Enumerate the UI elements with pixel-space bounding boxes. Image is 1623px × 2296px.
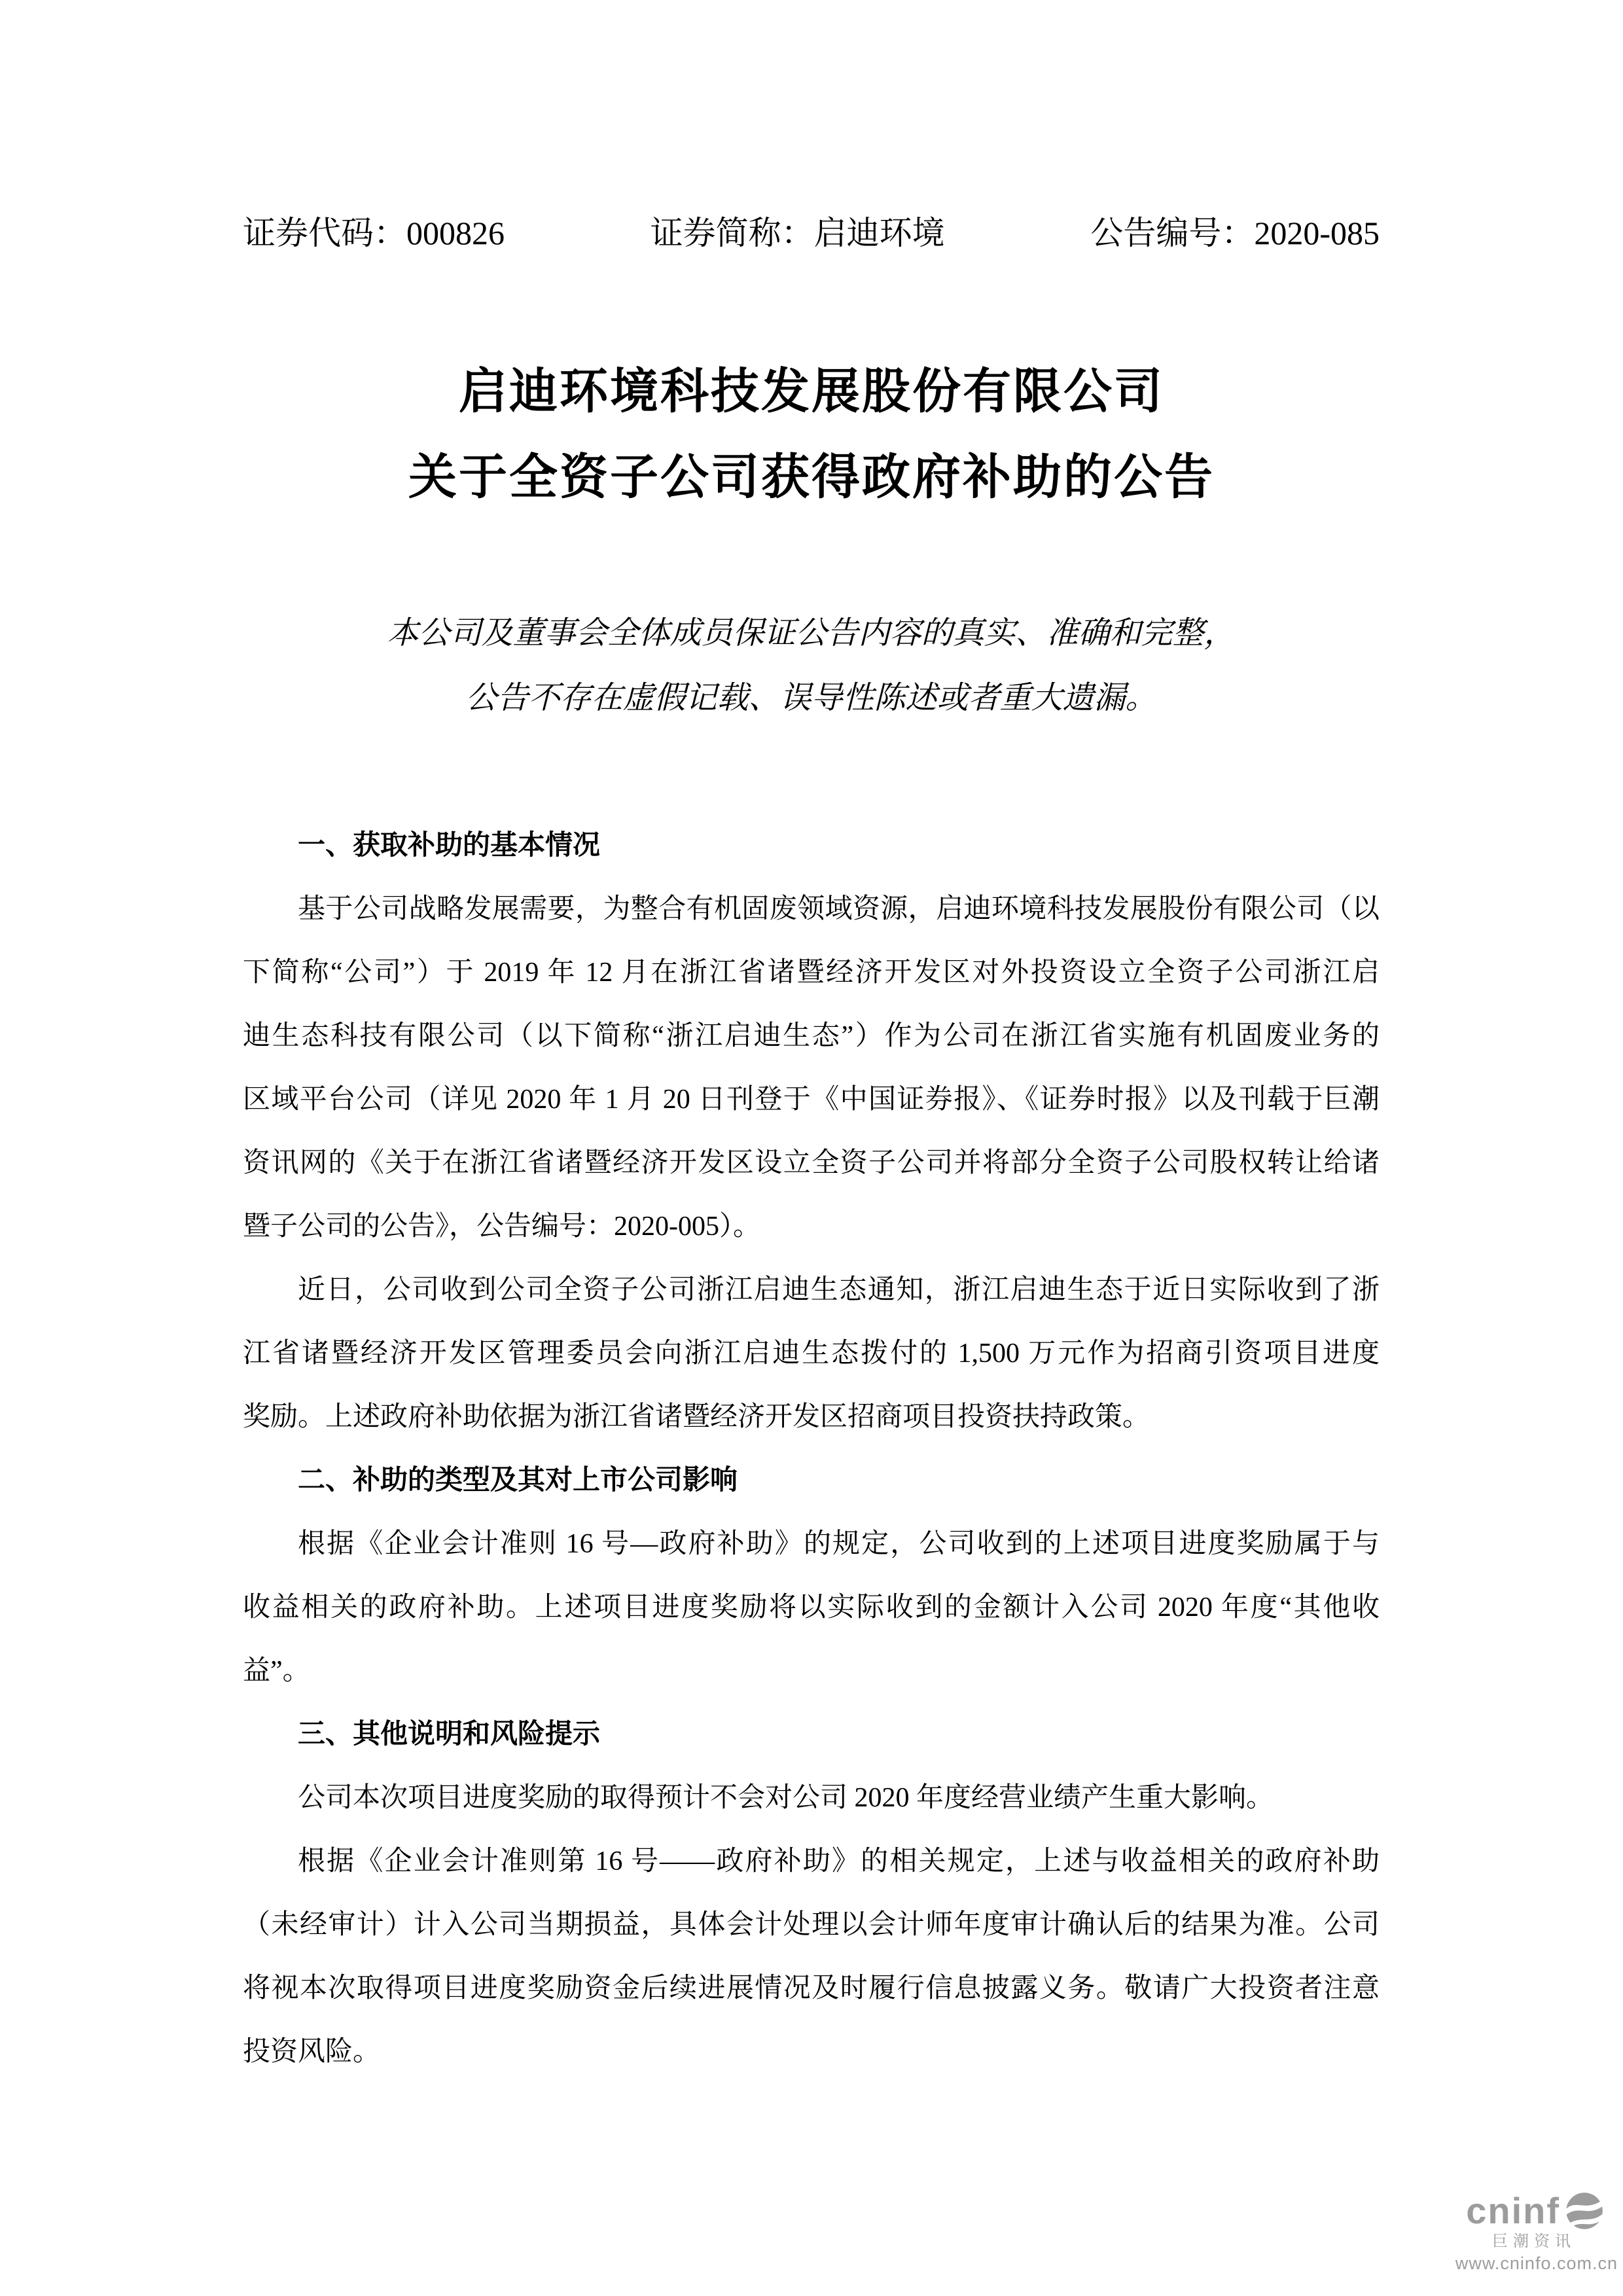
section-heading: 一、获取补助的基本情况 — [243, 814, 1380, 878]
cninfo-logo-icon — [1565, 2192, 1603, 2230]
cninfo-brand-text: cninf — [1466, 2193, 1560, 2229]
document-title: 启迪环境科技发展股份有限公司 关于全资子公司获得政府补助的公告 — [0, 348, 1623, 520]
cninfo-brand-cn: 巨潮资讯 — [1455, 2233, 1576, 2251]
cninfo-watermark: cninf 巨潮资讯 www.cninfo.com.cn — [1455, 2192, 1618, 2274]
title-line-company: 启迪环境科技发展股份有限公司 — [0, 348, 1623, 434]
paragraph-line: （未经审计）计入公司当期损益，具体会计处理以会计师年度审计确认后的结果为准。公司 — [243, 1893, 1380, 1957]
paragraph-line: 根据《企业会计准则 16 号—政府补助》的规定，公司收到的上述项目进度奖励属于与 — [243, 1513, 1380, 1576]
cninfo-url: www.cninfo.com.cn — [1455, 2253, 1618, 2274]
paragraph-line: 将视本次取得项目进度奖励资金后续进展情况及时履行信息披露义务。敬请广大投资者注意 — [243, 1957, 1380, 2020]
board-declaration: 本公司及董事会全体成员保证公告内容的真实、准确和完整， 公告不存在虚假记载、误导… — [243, 601, 1380, 730]
paragraph-line: 近日，公司收到公司全资子公司浙江启迪生态通知，浙江启迪生态于近日实际收到了浙 — [243, 1259, 1380, 1322]
section-heading: 三、其他说明和风险提示 — [243, 1703, 1380, 1767]
section-heading: 二、补助的类型及其对上市公司影响 — [243, 1449, 1380, 1513]
paragraph-line: 投资风险。 — [243, 2020, 1380, 2084]
paragraph-line: 江省诸暨经济开发区管理委员会向浙江启迪生态拨付的 1,500 万元作为招商引资项… — [243, 1322, 1380, 1386]
paragraph-line: 公司本次项目进度奖励的取得预计不会对公司 2020 年度经营业绩产生重大影响。 — [243, 1767, 1380, 1830]
paragraph-line: 基于公司战略发展需要，为整合有机固废领域资源，启迪环境科技发展股份有限公司（以 — [243, 878, 1380, 941]
document-header: 证券代码：000826 证券简称：启迪环境 公告编号：2020-085 — [243, 213, 1380, 253]
paragraph-line: 资讯网的《关于在浙江省诸暨经济开发区设立全资子公司并将部分全资子公司股权转让给诸 — [243, 1132, 1380, 1195]
announcement-number-label: 公告编号：2020-085 — [1090, 213, 1380, 253]
declaration-line-1: 本公司及董事会全体成员保证公告内容的真实、准确和完整， — [243, 601, 1380, 666]
paragraph-line: 迪生态科技有限公司（以下简称“浙江启迪生态”）作为公司在浙江省实施有机固废业务的 — [243, 1005, 1380, 1068]
stock-abbr-label: 证券简称：启迪环境 — [651, 213, 945, 253]
paragraph-line: 奖励。上述政府补助依据为浙江省诸暨经济开发区招商项目投资扶持政策。 — [243, 1386, 1380, 1449]
paragraph-line: 根据《企业会计准则第 16 号——政府补助》的相关规定，上述与收益相关的政府补助 — [243, 1830, 1380, 1893]
stock-code-label: 证券代码：000826 — [243, 213, 505, 253]
paragraph-line: 暨子公司的公告》，公告编号：2020-005）。 — [243, 1195, 1380, 1259]
cninfo-brand-row: cninf — [1455, 2192, 1603, 2230]
title-line-subject: 关于全资子公司获得政府补助的公告 — [0, 434, 1623, 520]
paragraph-line: 收益相关的政府补助。上述项目进度奖励将以实际收到的金额计入公司 2020 年度“… — [243, 1576, 1380, 1640]
declaration-line-2: 公告不存在虚假记载、误导性陈述或者重大遗漏。 — [243, 666, 1380, 730]
paragraph-line: 益”。 — [243, 1640, 1380, 1703]
announcement-page: 证券代码：000826 证券简称：启迪环境 公告编号：2020-085 启迪环境… — [0, 0, 1623, 2296]
content-area: 一、获取补助的基本情况基于公司战略发展需要，为整合有机固废领域资源，启迪环境科技… — [243, 814, 1380, 2084]
paragraph-line: 下简称“公司”）于 2019 年 12 月在浙江省诸暨经济开发区对外投资设立全资… — [243, 941, 1380, 1005]
paragraph-line: 区域平台公司（详见 2020 年 1 月 20 日刊登于《中国证券报》、《证券时… — [243, 1068, 1380, 1132]
